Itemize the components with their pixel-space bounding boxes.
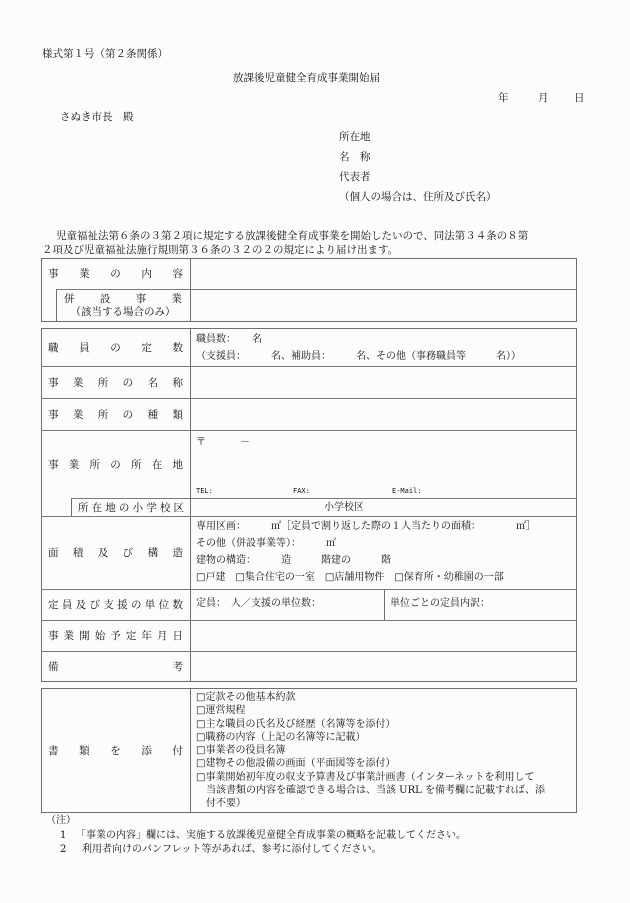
label-attachments: 書類を添付 (48, 688, 183, 813)
note-text: 利用者向けのパンフレット等があれば、参考に添付してください。 (82, 843, 382, 856)
label-office-name: 事業所の名称 (48, 366, 183, 398)
intro-text-line2: ２項及び児童福祉法施行規則第３６条の３２の２の規定により届け出ます。 (42, 243, 398, 257)
date-month: 月 (538, 91, 549, 105)
fax-label: FAX: (293, 487, 310, 495)
field-office-name[interactable] (192, 368, 575, 397)
capacity-field[interactable]: 定員： 人／支援の単位数： (196, 597, 321, 610)
label-area-structure: 面積及び構造 (48, 516, 183, 589)
divider (190, 328, 191, 682)
addressee: さぬき市長 殿 (60, 110, 134, 124)
staff-count-unit: 名 (252, 333, 262, 346)
note-number: 2 (60, 843, 66, 856)
attachment-item-cont: 当該書類の内容を確認できる場合は、当該 URL を備考欄に記載すれば、添 (196, 784, 545, 797)
attachment-item[interactable]: □定款その他基本約款 (196, 691, 545, 704)
note-number: 1 (60, 829, 66, 842)
field-remarks[interactable] (192, 653, 575, 681)
date-day: 日 (574, 91, 585, 105)
postal-dash: － (240, 436, 250, 449)
notes-heading: （注） (46, 814, 76, 827)
area-dedicated: 専用区画： ㎡［定員で割り返した際の１人当たりの面積： ㎡］ (196, 520, 536, 533)
label-remarks: 備考 (48, 651, 183, 682)
attachment-item[interactable]: □職務の内容（上記の名簿等に記載） (196, 731, 545, 744)
divider (190, 258, 191, 322)
divider (384, 589, 385, 620)
postal-mark-icon: 〒 (196, 436, 206, 449)
label-start-date: 事業開始予定年月日 (48, 620, 183, 651)
staff-breakdown: （支援員： 名、補助員： 名、その他（事務職員等 名）） (196, 350, 521, 363)
form-number: 様式第１号（第２条関係） (42, 47, 168, 61)
school-district-suffix: 小学校区 (324, 501, 364, 514)
attachment-item[interactable]: □主な職員の氏名及び経歴（名簿等を添付） (196, 718, 545, 731)
divider (56, 289, 577, 290)
divider (71, 498, 72, 516)
applicant-name-label: 名 称 (339, 150, 371, 164)
applicant-address-label: 所在地 (339, 130, 371, 144)
attachment-item[interactable]: □事業者の役員名簿 (196, 744, 545, 757)
divider (56, 289, 57, 322)
staff-count-label: 職員数： (196, 333, 236, 346)
applicant-representative-label: 代表者 (339, 170, 371, 184)
field-office-address[interactable] (192, 450, 575, 480)
capacity-breakdown-field[interactable]: 単位ごとの定員内訳： (390, 597, 490, 610)
label-capacity-units: 定員及び支援の単位数 (48, 589, 183, 620)
field-concurrent-business[interactable] (192, 291, 575, 320)
label-school-district: 所在地の小学校区 (78, 498, 184, 516)
attachment-item-cont: 付不要） (196, 797, 545, 810)
divider (190, 688, 191, 813)
tel-label: TEL: (196, 487, 213, 495)
field-office-type[interactable] (192, 400, 575, 429)
label-concurrent-business: 併設事業 （該当する場合のみ） (62, 291, 184, 321)
attachment-item[interactable]: □事業開始初年度の収支予算書及び事業計画書（インターネットを利用して (196, 771, 545, 784)
label-office-type: 事業所の種類 (48, 398, 183, 430)
building-structure: 建物の構造： 造 階建の 階 (196, 554, 391, 567)
sublabel-if-applicable: （該当する場合のみ） (62, 305, 184, 319)
field-start-date[interactable] (192, 622, 575, 650)
applicant-note: （個人の場合は、住所及び氏名） (339, 190, 497, 204)
label-business-content: 事業の内容 (48, 258, 183, 289)
date-year: 年 (498, 91, 509, 105)
building-type-checkboxes[interactable]: □戸建 □集合住宅の一室 □店舗用物件 □保育所・幼稚園の一部 (196, 571, 504, 584)
area-other: その他（併設事業等）： ㎡ (196, 537, 336, 550)
email-label: E-Mail: (392, 487, 422, 495)
intro-text-line1: 児童福祉法第６条の３第２項に規定する放課後健全育成事業を開始したいので、同法第３… (56, 229, 528, 243)
label-office-location: 事業所の所在地 (48, 430, 183, 498)
attachment-checklist: □定款その他基本約款 □運営規程 □主な職員の氏名及び経歴（名簿等を添付） □職… (196, 691, 545, 811)
attachment-item[interactable]: □建物その他設備の画面（平面図等を添付） (196, 757, 545, 770)
document-title: 放課後児童健全育成事業開始届 (233, 71, 380, 85)
note-text: 「事業の内容」欄には、実施する放課後児童健全育成事業の概略を記載してください。 (76, 829, 466, 842)
field-business-content[interactable] (192, 260, 575, 288)
label-staff-count: 職員の定数 (48, 328, 183, 366)
attachment-item[interactable]: □運営規程 (196, 704, 545, 717)
